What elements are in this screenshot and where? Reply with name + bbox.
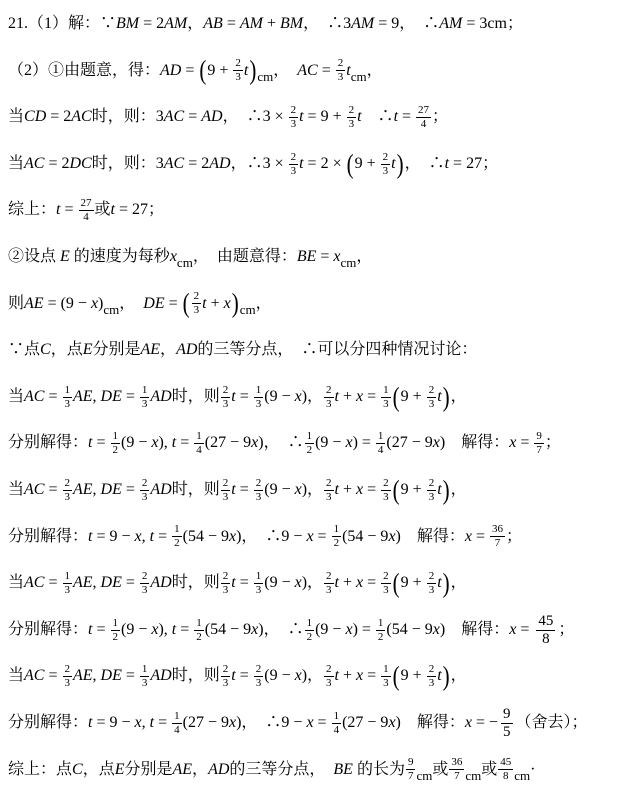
numerator: 2 [254, 663, 264, 676]
math-line: 当AC = 23AE, DE = 23AD时，则23t = 23(9 − x)，… [8, 467, 633, 514]
variable: x [465, 714, 472, 731]
text-run: = [236, 481, 253, 498]
variable: AB [203, 15, 223, 32]
numerator: 2 [427, 384, 437, 397]
text-run: = 2 × [304, 155, 346, 172]
variable: AC [24, 155, 44, 172]
text-run: = [318, 62, 335, 79]
big-paren: ( [347, 150, 354, 177]
denominator: 3 [254, 490, 264, 504]
denominator: 3 [221, 583, 231, 597]
text-run: 综上： [8, 201, 56, 218]
text-run: ) 解得： [440, 621, 509, 638]
variable: x [465, 528, 472, 545]
variable: DE [143, 295, 164, 312]
text-run: ), [158, 434, 171, 451]
fraction: 23 [63, 663, 73, 690]
denominator: 3 [254, 583, 264, 597]
text-run: 分别解得： [8, 434, 88, 451]
fraction: 97 [534, 430, 544, 457]
text-run: = 9， ∴ [374, 15, 439, 32]
numerator: 1 [111, 617, 121, 630]
text-run: (27 − 9 [386, 434, 432, 451]
denominator: 3 [427, 490, 437, 504]
numerator: 1 [376, 617, 386, 630]
text-run: ， [192, 761, 208, 778]
big-paren: ) [249, 57, 256, 84]
variable: DE [101, 574, 122, 591]
variable: AC [71, 108, 91, 125]
text-run: (27 − 9 [205, 434, 251, 451]
text-run: 时，则 [172, 388, 220, 405]
numerator: 1 [332, 710, 342, 723]
fraction: 14 [376, 430, 386, 457]
variable: AM [240, 15, 263, 32]
text-run: 9 + [401, 667, 426, 684]
numerator: 2 [381, 477, 391, 490]
math-line: 当AC = 2DC时，则：3AC = 2AD，∴3 × 23t = 2 × (9… [8, 141, 633, 188]
variable: DE [101, 481, 122, 498]
fraction: 14 [332, 710, 342, 737]
text-run: = [92, 621, 109, 638]
numerator: 2 [192, 290, 202, 303]
text-run: = 3cm； [462, 15, 523, 32]
text-run: 时，则：3 [92, 108, 164, 125]
big-paren: ) [443, 570, 450, 597]
text-run: = [92, 434, 109, 451]
text-run: + [339, 667, 356, 684]
unit-subscript: cm [103, 302, 119, 317]
text-run: 的三等分点， [229, 761, 333, 778]
variable: x [229, 528, 236, 545]
denominator: 4 [172, 723, 182, 737]
text-run: )， [302, 574, 323, 591]
big-paren: ) [397, 150, 404, 177]
denominator: 8 [536, 630, 555, 648]
text-run: ∵点 [8, 341, 40, 358]
numerator: 36 [490, 523, 505, 536]
text-run: ) 解得： [396, 714, 465, 731]
text-run: , [142, 714, 150, 731]
variable: AD [176, 341, 197, 358]
variable: x [135, 714, 142, 731]
numerator: 2 [324, 570, 334, 583]
denominator: 2 [332, 536, 342, 550]
denominator: 2 [111, 630, 121, 644]
text-run: ) = [353, 621, 375, 638]
variable: DE [101, 667, 122, 684]
variable: t [437, 574, 441, 591]
text-run: = [236, 667, 253, 684]
text-run: , [93, 574, 101, 591]
text-run: + [207, 295, 224, 312]
text-run: + [339, 574, 356, 591]
fraction: 23 [324, 570, 334, 597]
fraction: 14 [172, 710, 182, 737]
variable: x [295, 388, 302, 405]
text-run: 或 [481, 761, 497, 778]
variable: AC [164, 108, 184, 125]
text-run: = [122, 574, 139, 591]
text-run: + [263, 15, 280, 32]
text-run: ， [451, 667, 467, 684]
big-paren: ( [393, 570, 400, 597]
text-run: ， [451, 574, 467, 591]
variable: C [40, 341, 51, 358]
fraction: 13 [381, 384, 391, 411]
fraction: 12 [111, 617, 121, 644]
text-run: 的三等分点， ∴可以分四种情况讨论： [197, 341, 477, 358]
text-run: ， [187, 15, 203, 32]
text-run: = [154, 714, 171, 731]
math-line: ②设点 E 的速度为每秒xcm， 由题意得：BE = xcm， [8, 234, 633, 281]
math-line: ∵点C，点E分别是AE，AD的三等分点， ∴可以分四种情况讨论： [8, 327, 633, 374]
text-run: = 9 + [304, 108, 346, 125]
numerator: 2 [427, 477, 437, 490]
variable: BE [333, 761, 353, 778]
denominator: 7 [449, 769, 464, 783]
numerator: 1 [172, 523, 182, 536]
variable: x [229, 714, 236, 731]
variable: x [170, 248, 177, 265]
numerator: 2 [381, 570, 391, 583]
text-run: ， [256, 295, 272, 312]
numerator: 1 [194, 430, 204, 443]
denominator: 4 [416, 117, 431, 131]
denominator: 3 [427, 397, 437, 411]
text-run: = [60, 201, 77, 218]
unit-subscript: cm [465, 768, 481, 783]
denominator: 3 [324, 583, 334, 597]
math-line: 分别解得：t = 12(9 − x), t = 12(54 − 9x)， ∴12… [8, 607, 633, 654]
text-run: = 9 − [92, 528, 134, 545]
text-run: 则 [8, 295, 24, 312]
text-run: = [44, 574, 61, 591]
variable: AE [73, 667, 93, 684]
variable: t [437, 667, 441, 684]
variable: DE [101, 388, 122, 405]
fraction: 23 [336, 57, 346, 84]
variable: x [345, 621, 352, 638]
numerator: 1 [254, 570, 264, 583]
text-run: ) = [353, 434, 375, 451]
numerator: 1 [305, 617, 315, 630]
fraction: 23 [324, 477, 334, 504]
denominator: 5 [501, 723, 513, 741]
variable: AC [24, 388, 44, 405]
unit-subscript: cm [257, 69, 273, 84]
text-run: ； [506, 528, 522, 545]
variable: x [433, 621, 440, 638]
variable: x [388, 714, 395, 731]
text-run: + [339, 388, 356, 405]
variable: CD [24, 108, 46, 125]
denominator: 3 [221, 676, 231, 690]
fraction: 23 [221, 384, 231, 411]
text-run: = 2 [46, 108, 71, 125]
fraction: 23 [427, 384, 437, 411]
variable: E [60, 248, 70, 265]
denominator: 3 [381, 583, 391, 597]
big-paren: ( [393, 477, 400, 504]
text-run: ), [158, 621, 171, 638]
variable: x [224, 295, 231, 312]
variable: t [391, 155, 395, 172]
denominator: 3 [254, 676, 264, 690]
variable: x [345, 434, 352, 451]
variable: AC [24, 481, 44, 498]
text-run: = [363, 481, 380, 498]
variable: AM [439, 15, 462, 32]
numerator: 9 [406, 756, 416, 769]
denominator: 3 [336, 70, 346, 84]
text-run: = [236, 388, 253, 405]
fraction: 23 [381, 477, 391, 504]
numerator: 2 [324, 477, 334, 490]
fraction: 23 [63, 477, 73, 504]
denominator: 8 [498, 769, 513, 783]
text-run: = 2 [139, 15, 164, 32]
text-run: ， [119, 295, 143, 312]
denominator: 7 [534, 443, 544, 457]
text-run: (54 − 9 [183, 528, 229, 545]
text-run: = [363, 574, 380, 591]
variable: x [306, 714, 313, 731]
variable: AE [173, 761, 193, 778]
denominator: 3 [233, 70, 243, 84]
math-line: 综上：点C，点E分别是AE，AD的三等分点， BE 的长为97cm或367cm或… [8, 747, 633, 794]
denominator: 2 [111, 443, 121, 457]
fraction: 274 [79, 197, 94, 224]
fraction: 23 [324, 663, 334, 690]
text-run: = [176, 621, 193, 638]
text-run: = [122, 481, 139, 498]
denominator: 3 [140, 583, 150, 597]
text-run: = [122, 388, 139, 405]
text-run: 分别解得： [8, 528, 88, 545]
numerator: 1 [194, 617, 204, 630]
math-line: 当AC = 23AE, DE = 13AD时，则23t = 23(9 − x)，… [8, 653, 633, 700]
denominator: 3 [221, 490, 231, 504]
text-run: ， [451, 481, 467, 498]
text-run: (27 − 9 [342, 714, 388, 731]
fraction: 23 [140, 477, 150, 504]
text-run: = 27； [449, 155, 498, 172]
fraction: 13 [254, 384, 264, 411]
text-run: )， ∴ [258, 434, 303, 451]
numerator: 2 [140, 477, 150, 490]
fraction: 13 [254, 570, 264, 597]
text-run: = [122, 667, 139, 684]
fraction: 12 [305, 617, 315, 644]
text-run: ； [558, 621, 574, 638]
fraction: 23 [289, 151, 299, 178]
variable: AE [73, 388, 93, 405]
variable: BM [116, 15, 139, 32]
denominator: 3 [63, 583, 73, 597]
text-run: = [516, 621, 533, 638]
unit-subscript: cm [240, 302, 256, 317]
text-run: = (9 − [44, 295, 91, 312]
text-run: = [316, 248, 333, 265]
text-run: , [142, 528, 150, 545]
text-run: )， [302, 481, 323, 498]
text-run: = 9 − [92, 714, 134, 731]
fraction: 458 [498, 756, 513, 783]
fraction: 12 [172, 523, 182, 550]
numerator: 1 [111, 430, 121, 443]
fraction: 14 [194, 430, 204, 457]
numerator: 1 [381, 663, 391, 676]
text-run: 当 [8, 667, 24, 684]
variable: t [244, 62, 248, 79]
solution-document: 21.（1）解：∵BM = 2AM，AB = AM + BM， ∴3AM = 9… [0, 0, 639, 797]
math-line: 21.（1）解：∵BM = 2AM，AB = AM + BM， ∴3AM = 9… [8, 1, 633, 48]
numerator: 27 [416, 104, 431, 117]
variable: AE [73, 481, 93, 498]
text-run: = 2 [44, 155, 69, 172]
text-run: ，点 [51, 341, 83, 358]
text-run: (54 − 9 [205, 621, 251, 638]
numerator: 2 [381, 151, 391, 164]
denominator: 2 [376, 630, 386, 644]
variable: AD [160, 62, 181, 79]
text-run: 9 + [207, 62, 232, 79]
math-line: 综上：t = 274或t = 27； [8, 187, 633, 234]
variable: AD [201, 108, 222, 125]
text-run: (9 − [264, 481, 294, 498]
numerator: 1 [305, 430, 315, 443]
fraction: 23 [233, 57, 243, 84]
big-paren: ( [393, 383, 400, 410]
text-run: · [530, 761, 535, 778]
numerator: 2 [221, 477, 231, 490]
text-run: (9 − [121, 621, 151, 638]
denominator: 3 [254, 397, 264, 411]
text-run: = [176, 434, 193, 451]
denominator: 2 [305, 630, 315, 644]
fraction: 12 [111, 430, 121, 457]
text-run: = [165, 295, 182, 312]
fraction: 23 [347, 104, 357, 131]
denominator: 4 [376, 443, 386, 457]
denominator: 2 [194, 630, 204, 644]
math-line: 分别解得：t = 9 − x, t = 14(27 − 9x)， ∴9 − x … [8, 700, 633, 747]
numerator: 2 [427, 663, 437, 676]
text-run: (9 − [121, 434, 151, 451]
denominator: 3 [427, 583, 437, 597]
text-run: = [363, 388, 380, 405]
denominator: 3 [140, 397, 150, 411]
numerator: 1 [140, 663, 150, 676]
numerator: 2 [336, 57, 346, 70]
fraction: 23 [381, 151, 391, 178]
text-run: , [93, 481, 101, 498]
variable: AM [351, 15, 374, 32]
numerator: 9 [501, 706, 513, 723]
text-run: ， [356, 248, 372, 265]
text-run: 或 [432, 761, 448, 778]
numerator: 1 [63, 384, 73, 397]
variable: BM [280, 15, 303, 32]
denominator: 3 [289, 164, 299, 178]
text-run: 9 + [355, 155, 380, 172]
big-paren: ) [232, 290, 239, 317]
text-run: ， [451, 388, 467, 405]
variable: AD [209, 155, 230, 172]
numerator: 45 [536, 613, 555, 630]
variable: x [306, 528, 313, 545]
text-run: (9 − [315, 434, 345, 451]
denominator: 3 [140, 676, 150, 690]
text-run: (54 − 9 [342, 528, 388, 545]
text-run: , [93, 667, 101, 684]
denominator: 7 [406, 769, 416, 783]
numerator: 27 [79, 197, 94, 210]
denominator: 3 [63, 490, 73, 504]
variable: x [295, 574, 302, 591]
text-run: = [314, 714, 331, 731]
text-run: = 27； [115, 201, 164, 218]
denominator: 4 [332, 723, 342, 737]
text-run: = [44, 388, 61, 405]
variable: x [333, 248, 340, 265]
text-run: + [339, 481, 356, 498]
numerator: 2 [221, 384, 231, 397]
fraction: 23 [254, 477, 264, 504]
text-run: = [154, 528, 171, 545]
variable: AD [150, 481, 171, 498]
numerator: 1 [140, 384, 150, 397]
math-line: （2）①由题意，得：AD = (9 + 23t)cm， AC = 23tcm， [8, 48, 633, 95]
variable: AD [150, 388, 171, 405]
text-run: ) 解得： [396, 528, 465, 545]
text-run: 当 [8, 108, 24, 125]
text-run: = [181, 62, 198, 79]
variable: x [295, 481, 302, 498]
denominator: 3 [347, 117, 357, 131]
text-run: (9 − [315, 621, 345, 638]
fraction: 367 [490, 523, 505, 550]
denominator: 3 [381, 164, 391, 178]
fraction: 23 [221, 570, 231, 597]
numerator: 1 [63, 570, 73, 583]
variable: x [135, 528, 142, 545]
unit-subscript: cm [416, 768, 432, 783]
unit-subscript: cm [177, 255, 193, 270]
big-paren: ( [199, 57, 206, 84]
text-run: = [314, 528, 331, 545]
text-run: 的长为 [353, 761, 405, 778]
denominator: 2 [305, 443, 315, 457]
denominator: 3 [381, 676, 391, 690]
denominator: 3 [324, 490, 334, 504]
numerator: 9 [534, 430, 544, 443]
text-run: = [363, 667, 380, 684]
math-line: 分别解得：t = 12(9 − x), t = 14(27 − 9x)， ∴12… [8, 420, 633, 467]
fraction: 13 [140, 663, 150, 690]
text-run: ， ∴3 × [223, 108, 288, 125]
fraction: 23 [381, 570, 391, 597]
fraction: 12 [194, 617, 204, 644]
text-run: ， 由题意得： [193, 248, 297, 265]
fraction: 23 [192, 290, 202, 317]
variable: BE [297, 248, 317, 265]
numerator: 1 [381, 384, 391, 397]
text-run: 的速度为每秒 [70, 248, 170, 265]
text-run: )， ∴9 − [236, 714, 306, 731]
fraction: 23 [140, 570, 150, 597]
